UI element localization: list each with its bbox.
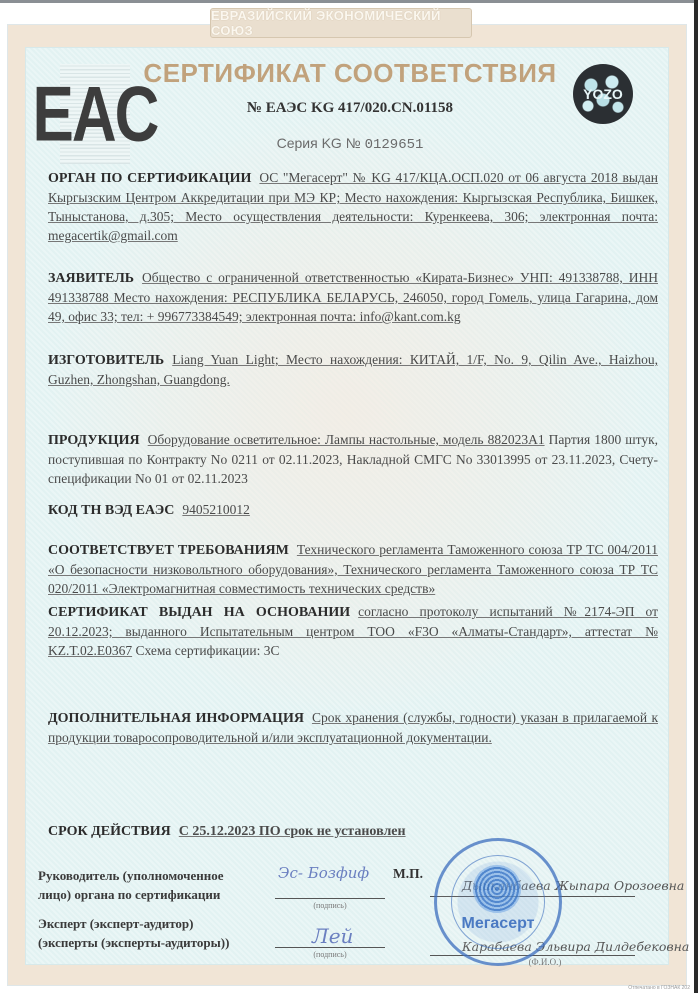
document-title: СЕРТИФИКАТ СООТВЕТСТВИЯ — [140, 58, 560, 89]
eac-logo-icon: EAC — [60, 64, 130, 164]
section-label: ДОПОЛНИТЕЛЬНАЯ ИНФОРМАЦИЯ — [48, 711, 304, 726]
seal-text: Мегасерт — [437, 915, 559, 933]
section-value: 9405210012 — [182, 502, 250, 517]
section-value-plain: Схема сертификации: 3С — [132, 643, 279, 658]
section-hs-code: КОД ТН ВЭД ЕАЭС9405210012 — [48, 500, 658, 520]
series-label: Серия KG № — [277, 135, 361, 151]
section-label: КОД ТН ВЭД ЕАЭС — [48, 503, 174, 518]
section-additional-info: ДОПОЛНИТЕЛЬНАЯ ИНФОРМАЦИЯСрок хранения (… — [48, 708, 658, 747]
label-line: лицо) органа по сертификации — [38, 885, 224, 904]
top-edge — [0, 0, 698, 3]
signature-line — [275, 947, 385, 948]
series-number: Серия KG № 0129651 — [140, 135, 560, 153]
print-note: Отпечатано в ГОЗНАК 202 — [628, 985, 690, 991]
union-banner: ЕВРАЗИЙСКИЙ ЭКОНОМИЧЕСКИЙ СОЮЗ — [210, 8, 472, 38]
section-issuance-basis: СЕРТИФИКАТ ВЫДАН НА ОСНОВАНИИсогласно пр… — [48, 602, 658, 660]
section-label: СЕРТИФИКАТ ВЫДАН НА ОСНОВАНИИ — [48, 605, 350, 620]
section-value: С 25.12.2023 ПО срок не установлен — [179, 824, 406, 839]
section-label: ЗАЯВИТЕЛЬ — [48, 271, 134, 286]
section-label: СООТВЕТСТВУЕТ ТРЕБОВАНИЯМ — [48, 543, 289, 558]
section-manufacturer: ИЗГОТОВИТЕЛЬLiang Yuan Light; Место нахо… — [48, 350, 658, 389]
section-validity: СРОК ДЕЙСТВИЯС 25.12.2023 ПО срок не уст… — [48, 822, 658, 841]
section-value: Общество с ограниченной ответственностью… — [48, 270, 658, 324]
certificate-number: № ЕАЭС KG 417/020.CN.01158 — [140, 100, 560, 117]
right-edge — [694, 0, 698, 993]
round-seal-icon: Мегасерт — [434, 838, 562, 966]
seal-place-label: М.П. — [393, 866, 423, 882]
label-line: Эксперт (эксперт-аудитор) — [38, 914, 229, 933]
signature-caption: (подпись) — [275, 901, 385, 910]
section-product: ПРОДУКЦИЯОборудование осветительное: Лам… — [48, 430, 658, 488]
expert-signature: Лей — [312, 924, 353, 948]
signature-caption: (подпись) — [275, 950, 385, 959]
section-label: ИЗГОТОВИТЕЛЬ — [48, 353, 164, 368]
hologram-seal-icon: YOZO — [573, 64, 633, 124]
section-label: ПРОДУКЦИЯ — [48, 433, 140, 448]
section-certification-body: ОРГАН ПО СЕРТИФИКАЦИИОС "Мегасерт" № KG … — [48, 168, 658, 245]
signature-line — [275, 898, 385, 899]
series-value: 0129651 — [365, 137, 424, 153]
section-label: ОРГАН ПО СЕРТИФИКАЦИИ — [48, 171, 251, 186]
head-signature: Эс- Бозфиф — [278, 864, 369, 882]
globe-icon — [473, 865, 521, 913]
head-signatory-label: Руководитель (уполномоченное лицо) орган… — [38, 866, 224, 904]
section-value: Оборудование осветительное: Лампы настол… — [148, 432, 545, 447]
label-line: Руководитель (уполномоченное — [38, 866, 224, 885]
section-label: СРОК ДЕЙСТВИЯ — [48, 824, 171, 839]
section-applicant: ЗАЯВИТЕЛЬОбщество с ограниченной ответст… — [48, 268, 658, 326]
expert-signatory-label: Эксперт (эксперт-аудитор) (эксперты (экс… — [38, 914, 229, 952]
section-requirements: СООТВЕТСТВУЕТ ТРЕБОВАНИЯМТехнического ре… — [48, 540, 658, 598]
label-line: (эксперты (эксперты-аудиторы)) — [38, 933, 229, 952]
